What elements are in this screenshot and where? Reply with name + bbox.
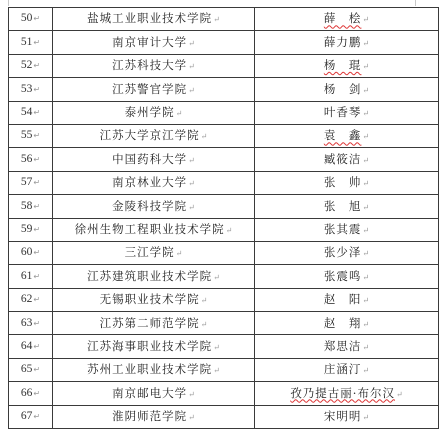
paragraph-mark-icon: ↵	[362, 86, 369, 95]
person-name: 张少泽	[324, 245, 362, 259]
school-cell[interactable]: 泰州学院↵	[53, 101, 255, 124]
paragraph-mark-icon: ↵	[188, 39, 195, 48]
page-margin-mark	[8, 0, 9, 6]
row-number-cell[interactable]: 50↵	[9, 8, 53, 31]
paragraph-mark-icon: ↵	[33, 202, 40, 211]
roster-table: 50↵盐城工业职业技术学院↵薛 桧↵51↵南京审计大学↵薛力鹏↵52↵江苏科技大…	[8, 7, 439, 429]
row-number: 56	[21, 153, 33, 165]
table-row: 51↵南京审计大学↵薛力鹏↵	[9, 31, 439, 54]
school-name: 江苏海事职业技术学院	[87, 339, 212, 353]
paragraph-mark-icon: ↵	[33, 319, 40, 328]
row-number: 58	[21, 200, 33, 212]
table-row: 61↵江苏建筑职业技术学院↵张震鸣↵	[9, 265, 439, 288]
paragraph-mark-icon: ↵	[33, 389, 40, 398]
paragraph-mark-icon: ↵	[362, 320, 369, 329]
paragraph-mark-icon: ↵	[188, 156, 195, 165]
row-number-cell[interactable]: 63↵	[9, 312, 53, 335]
table-row: 64↵江苏海事职业技术学院↵郑思洁↵	[9, 335, 439, 358]
paragraph-mark-icon: ↵	[362, 226, 369, 235]
paragraph-mark-icon: ↵	[362, 366, 369, 375]
paragraph-mark-icon: ↵	[362, 109, 369, 118]
school-name: 南京林业大学	[112, 175, 187, 189]
person-cell[interactable]: 赵 阳↵	[255, 288, 439, 311]
row-number: 52	[21, 59, 33, 71]
school-cell[interactable]: 苏州工业职业技术学院↵	[53, 358, 255, 381]
row-number-cell[interactable]: 67↵	[9, 405, 53, 428]
row-number: 50	[21, 12, 33, 24]
row-number-cell[interactable]: 59↵	[9, 218, 53, 241]
row-number: 60	[21, 246, 33, 258]
person-name: 薛 桧	[324, 11, 362, 25]
school-cell[interactable]: 无锡职业技术学院↵	[53, 288, 255, 311]
school-cell[interactable]: 江苏大学京江学院↵	[53, 124, 255, 147]
row-number: 66	[21, 387, 33, 399]
table-row: 56↵中国药科大学↵臧筱洁↵	[9, 148, 439, 171]
row-number-cell[interactable]: 55↵	[9, 124, 53, 147]
row-number-cell[interactable]: 66↵	[9, 382, 53, 405]
row-number-cell[interactable]: 60↵	[9, 241, 53, 264]
paragraph-mark-icon: ↵	[33, 365, 40, 374]
row-number: 53	[21, 83, 33, 95]
school-name: 南京邮电大学	[112, 386, 187, 400]
paragraph-mark-icon: ↵	[33, 342, 40, 351]
paragraph-mark-icon: ↵	[213, 15, 220, 24]
table-row: 65↵苏州工业职业技术学院↵庄涵汀↵	[9, 358, 439, 381]
person-cell[interactable]: 庄涵汀↵	[255, 358, 439, 381]
school-name: 徐州生物工程职业技术学院	[75, 222, 225, 236]
row-number-cell[interactable]: 62↵	[9, 288, 53, 311]
person-cell[interactable]: 薛力鹏↵	[255, 31, 439, 54]
person-cell[interactable]: 杨 琨↵	[255, 54, 439, 77]
paragraph-mark-icon: ↵	[201, 320, 208, 329]
row-number: 57	[21, 176, 33, 188]
paragraph-mark-icon: ↵	[33, 295, 40, 304]
page-margin-mark	[415, 0, 416, 6]
paragraph-mark-icon: ↵	[33, 85, 40, 94]
row-number: 55	[21, 129, 33, 141]
paragraph-mark-icon: ↵	[33, 131, 40, 140]
person-name: 杨 琨	[324, 58, 362, 72]
school-name: 无锡职业技术学院	[100, 292, 200, 306]
paragraph-mark-icon: ↵	[176, 109, 183, 118]
paragraph-mark-icon: ↵	[396, 390, 403, 399]
person-name: 臧筱洁	[324, 152, 362, 166]
row-number: 63	[21, 317, 33, 329]
row-number-cell[interactable]: 58↵	[9, 195, 53, 218]
person-cell[interactable]: 郑思洁↵	[255, 335, 439, 358]
paragraph-mark-icon: ↵	[362, 132, 369, 141]
school-cell[interactable]: 江苏第二师范学院↵	[53, 312, 255, 335]
paragraph-mark-icon: ↵	[362, 15, 369, 24]
person-cell[interactable]: 叶香琴↵	[255, 101, 439, 124]
school-name: 金陵科技学院	[112, 199, 187, 213]
paragraph-mark-icon: ↵	[176, 249, 183, 258]
row-number-cell[interactable]: 52↵	[9, 54, 53, 77]
person-cell[interactable]: 袁 鑫↵	[255, 124, 439, 147]
person-cell[interactable]: 杨 剑↵	[255, 78, 439, 101]
table-row: 53↵江苏警官学院↵杨 剑↵	[9, 78, 439, 101]
school-cell[interactable]: 南京林业大学↵	[53, 171, 255, 194]
row-number-cell[interactable]: 51↵	[9, 31, 53, 54]
table-row: 59↵徐州生物工程职业技术学院↵张其震↵	[9, 218, 439, 241]
school-cell[interactable]: 徐州生物工程职业技术学院↵	[53, 218, 255, 241]
school-cell[interactable]: 江苏警官学院↵	[53, 78, 255, 101]
paragraph-mark-icon: ↵	[362, 249, 369, 258]
paragraph-mark-icon: ↵	[362, 343, 369, 352]
row-number: 65	[21, 363, 33, 375]
paragraph-mark-icon: ↵	[201, 132, 208, 141]
school-name: 江苏大学京江学院	[100, 128, 200, 142]
row-number-cell[interactable]: 65↵	[9, 358, 53, 381]
paragraph-mark-icon: ↵	[362, 203, 369, 212]
table-row: 58↵金陵科技学院↵张 旭↵	[9, 195, 439, 218]
school-name: 盐城工业职业技术学院	[87, 11, 212, 25]
person-name: 杨 剑	[324, 82, 362, 96]
row-number: 61	[21, 270, 33, 282]
school-cell[interactable]: 江苏海事职业技术学院↵	[53, 335, 255, 358]
row-number-cell[interactable]: 61↵	[9, 265, 53, 288]
paragraph-mark-icon: ↵	[33, 38, 40, 47]
school-cell[interactable]: 金陵科技学院↵	[53, 195, 255, 218]
school-cell[interactable]: 三江学院↵	[53, 241, 255, 264]
school-name: 三江学院	[125, 245, 175, 259]
table-row: 57↵南京林业大学↵张 帅↵	[9, 171, 439, 194]
person-name: 叶香琴	[324, 105, 362, 119]
row-number-cell[interactable]: 54↵	[9, 101, 53, 124]
row-number: 59	[21, 223, 33, 235]
paragraph-mark-icon: ↵	[33, 412, 40, 421]
school-name: 泰州学院	[125, 105, 175, 119]
person-name: 张 帅	[324, 175, 362, 189]
paragraph-mark-icon: ↵	[33, 108, 40, 117]
row-number-cell[interactable]: 57↵	[9, 171, 53, 194]
paragraph-mark-icon: ↵	[33, 178, 40, 187]
table-row: 54↵泰州学院↵叶香琴↵	[9, 101, 439, 124]
row-number: 51	[21, 36, 33, 48]
paragraph-mark-icon: ↵	[213, 343, 220, 352]
school-cell[interactable]: 江苏建筑职业技术学院↵	[53, 265, 255, 288]
person-cell[interactable]: 赵 翔↵	[255, 312, 439, 335]
person-cell[interactable]: 张 帅↵	[255, 171, 439, 194]
school-name: 南京审计大学	[112, 35, 187, 49]
school-cell[interactable]: 中国药科大学↵	[53, 148, 255, 171]
person-cell[interactable]: 张 旭↵	[255, 195, 439, 218]
school-name: 淮阴师范学院	[112, 409, 187, 423]
person-name: 张其震	[324, 222, 362, 236]
school-name: 江苏科技大学	[112, 58, 187, 72]
paragraph-mark-icon: ↵	[188, 86, 195, 95]
paragraph-mark-icon: ↵	[188, 413, 195, 422]
person-name: 赵 翔	[324, 316, 362, 330]
school-name: 江苏建筑职业技术学院	[87, 269, 212, 283]
person-name: 袁 鑫	[324, 128, 362, 142]
person-name: 赵 阳	[324, 292, 362, 306]
person-cell[interactable]: 张少泽↵	[255, 241, 439, 264]
row-number: 62	[21, 293, 33, 305]
paragraph-mark-icon: ↵	[188, 390, 195, 399]
table-row: 52↵江苏科技大学↵杨 琨↵	[9, 54, 439, 77]
paragraph-mark-icon: ↵	[213, 273, 220, 282]
paragraph-mark-icon: ↵	[362, 156, 369, 165]
paragraph-mark-icon: ↵	[201, 296, 208, 305]
table-row: 60↵三江学院↵张少泽↵	[9, 241, 439, 264]
paragraph-mark-icon: ↵	[362, 273, 369, 282]
row-number: 64	[21, 340, 33, 352]
person-cell[interactable]: 宋明明↵	[255, 405, 439, 428]
person-name: 孜乃提古丽·布尔汉	[290, 386, 395, 400]
person-cell[interactable]: 孜乃提古丽·布尔汉↵	[255, 382, 439, 405]
school-cell[interactable]: 江苏科技大学↵	[53, 54, 255, 77]
person-cell[interactable]: 薛 桧↵	[255, 8, 439, 31]
school-cell[interactable]: 淮阴师范学院↵	[53, 405, 255, 428]
person-name: 庄涵汀	[324, 362, 362, 376]
table-row: 67↵淮阴师范学院↵宋明明↵	[9, 405, 439, 428]
school-name: 苏州工业职业技术学院	[87, 362, 212, 376]
paragraph-mark-icon: ↵	[33, 155, 40, 164]
person-cell[interactable]: 臧筱洁↵	[255, 148, 439, 171]
person-name: 张 旭	[324, 199, 362, 213]
table-row: 50↵盐城工业职业技术学院↵薛 桧↵	[9, 8, 439, 31]
person-name: 张震鸣	[324, 269, 362, 283]
person-cell[interactable]: 张震鸣↵	[255, 265, 439, 288]
paragraph-mark-icon: ↵	[362, 39, 369, 48]
paragraph-mark-icon: ↵	[33, 225, 40, 234]
table-row: 55↵江苏大学京江学院↵袁 鑫↵	[9, 124, 439, 147]
school-name: 中国药科大学	[112, 152, 187, 166]
row-number-cell[interactable]: 64↵	[9, 335, 53, 358]
paragraph-mark-icon: ↵	[362, 413, 369, 422]
table-row: 62↵无锡职业技术学院↵赵 阳↵	[9, 288, 439, 311]
school-cell[interactable]: 盐城工业职业技术学院↵	[53, 8, 255, 31]
row-number-cell[interactable]: 53↵	[9, 78, 53, 101]
row-number: 67	[21, 410, 33, 422]
row-number: 54	[21, 106, 33, 118]
paragraph-mark-icon: ↵	[226, 226, 233, 235]
table-row: 63↵江苏第二师范学院↵赵 翔↵	[9, 312, 439, 335]
paragraph-mark-icon: ↵	[33, 272, 40, 281]
paragraph-mark-icon: ↵	[362, 296, 369, 305]
paragraph-mark-icon: ↵	[362, 62, 369, 71]
person-name: 薛力鹏	[324, 35, 362, 49]
person-name: 郑思洁	[324, 339, 362, 353]
paragraph-mark-icon: ↵	[188, 179, 195, 188]
row-number-cell[interactable]: 56↵	[9, 148, 53, 171]
paragraph-mark-icon: ↵	[33, 14, 40, 23]
paragraph-mark-icon: ↵	[213, 366, 220, 375]
school-name: 江苏第二师范学院	[100, 316, 200, 330]
paragraph-mark-icon: ↵	[188, 203, 195, 212]
school-name: 江苏警官学院	[112, 82, 187, 96]
paragraph-mark-icon: ↵	[33, 248, 40, 257]
person-name: 宋明明	[324, 409, 362, 423]
school-cell[interactable]: 南京审计大学↵	[53, 31, 255, 54]
person-cell[interactable]: 张其震↵	[255, 218, 439, 241]
paragraph-mark-icon: ↵	[33, 61, 40, 70]
school-cell[interactable]: 南京邮电大学↵	[53, 382, 255, 405]
paragraph-mark-icon: ↵	[362, 179, 369, 188]
table-row: 66↵南京邮电大学↵孜乃提古丽·布尔汉↵	[9, 382, 439, 405]
paragraph-mark-icon: ↵	[188, 62, 195, 71]
